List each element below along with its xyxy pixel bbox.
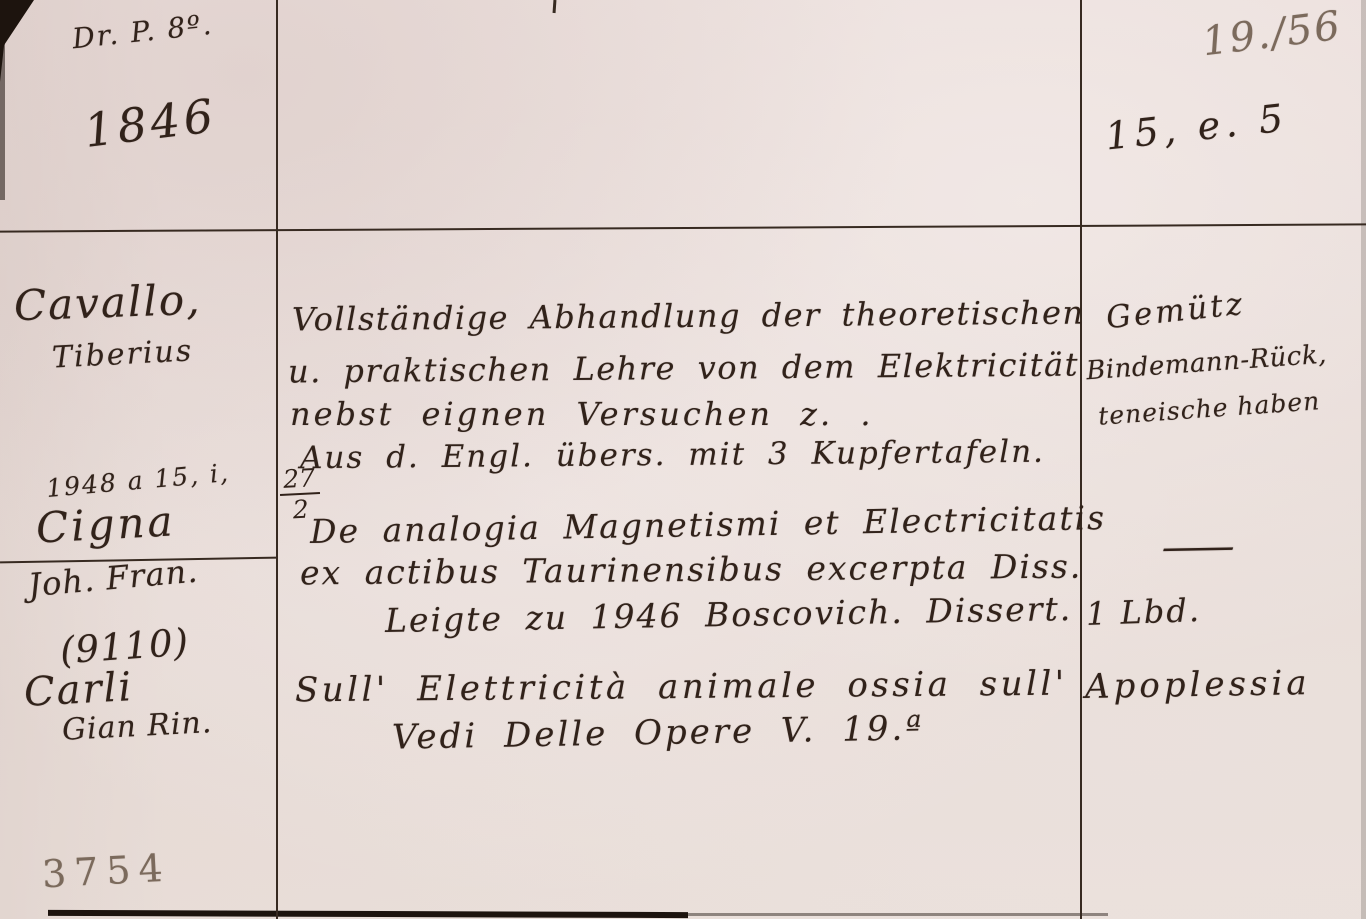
cigna-title-line-2: ex actibus Taurinensibus excerpta Diss. (300, 550, 1083, 590)
author-carli-lastname: Carli (23, 667, 134, 713)
notes-line-1: Gemütz (1105, 289, 1247, 334)
cavallo-title-line-4: Aus d. Engl. übers. mit 3 Kupfertafeln. (300, 437, 1045, 474)
cigna-title-line-1: De analogia Magnetismi et Electricitatis (310, 501, 1107, 548)
top-edge-tick-mark (553, 0, 557, 13)
carli-entry-number: (9110) (59, 624, 190, 670)
cavallo-title-line-1: Vollständige Abhandlung der theoretische… (292, 297, 1085, 336)
pencil-shelf-number: 3754 (41, 849, 172, 894)
catalog-card: Dr. P. 8º. 1846 19./56 15, e. 5 Cavallo,… (0, 0, 1366, 919)
pencil-accession-number: 19./56 (1200, 6, 1344, 63)
binding-note: 1 Lbd. (1085, 594, 1201, 630)
cavallo-title-line-2: u. praktischen Lehre von dem Elektricitä… (288, 349, 1079, 388)
column-divider-left (276, 0, 278, 919)
cavallo-title-line-3: nebst eignen Versuchen z. . (290, 398, 874, 430)
cigna-title-line-3: Leigte zu 1946 Boscovich. Dissert. (385, 592, 1073, 637)
fraction-numerator: 27 (279, 465, 320, 496)
format-note: Dr. P. 8º. (71, 11, 215, 54)
card-corner-shadow-top-left (0, 0, 34, 82)
card-edge-left (0, 0, 5, 200)
carli-title-line-2: Vedi Delle Opere V. 19.ª (392, 711, 925, 754)
fraction-denominator: 2 (292, 495, 309, 523)
carli-title-line-1: Sull' Elettricità animale ossia sull' (295, 667, 1068, 708)
author-cavallo-firstname: Tiberius (51, 336, 194, 373)
notes-line-2: Bindemann-Rück, (1085, 342, 1327, 385)
cigna-cross-reference: 1948 a 15, i, (45, 460, 231, 501)
author-carli-firstname: Gian Rin. (61, 708, 213, 746)
shelfmark: 15, e. 5 (1104, 99, 1290, 156)
card-edge-bottom (48, 910, 688, 918)
author-cigna-lastname: Cigna (35, 500, 177, 549)
year-label: 1846 (82, 92, 220, 154)
card-edge-bottom-faint (688, 913, 1108, 916)
author-cavallo-lastname: Cavallo, (13, 279, 202, 328)
card-edge-right (1361, 0, 1366, 919)
carli-title-continuation: Apoplessia (1085, 666, 1311, 704)
no-entry-dash: — (1159, 527, 1238, 566)
notes-line-3: teneische haben (1097, 388, 1321, 428)
column-divider-right (1080, 0, 1082, 919)
header-row-divider (0, 223, 1366, 232)
